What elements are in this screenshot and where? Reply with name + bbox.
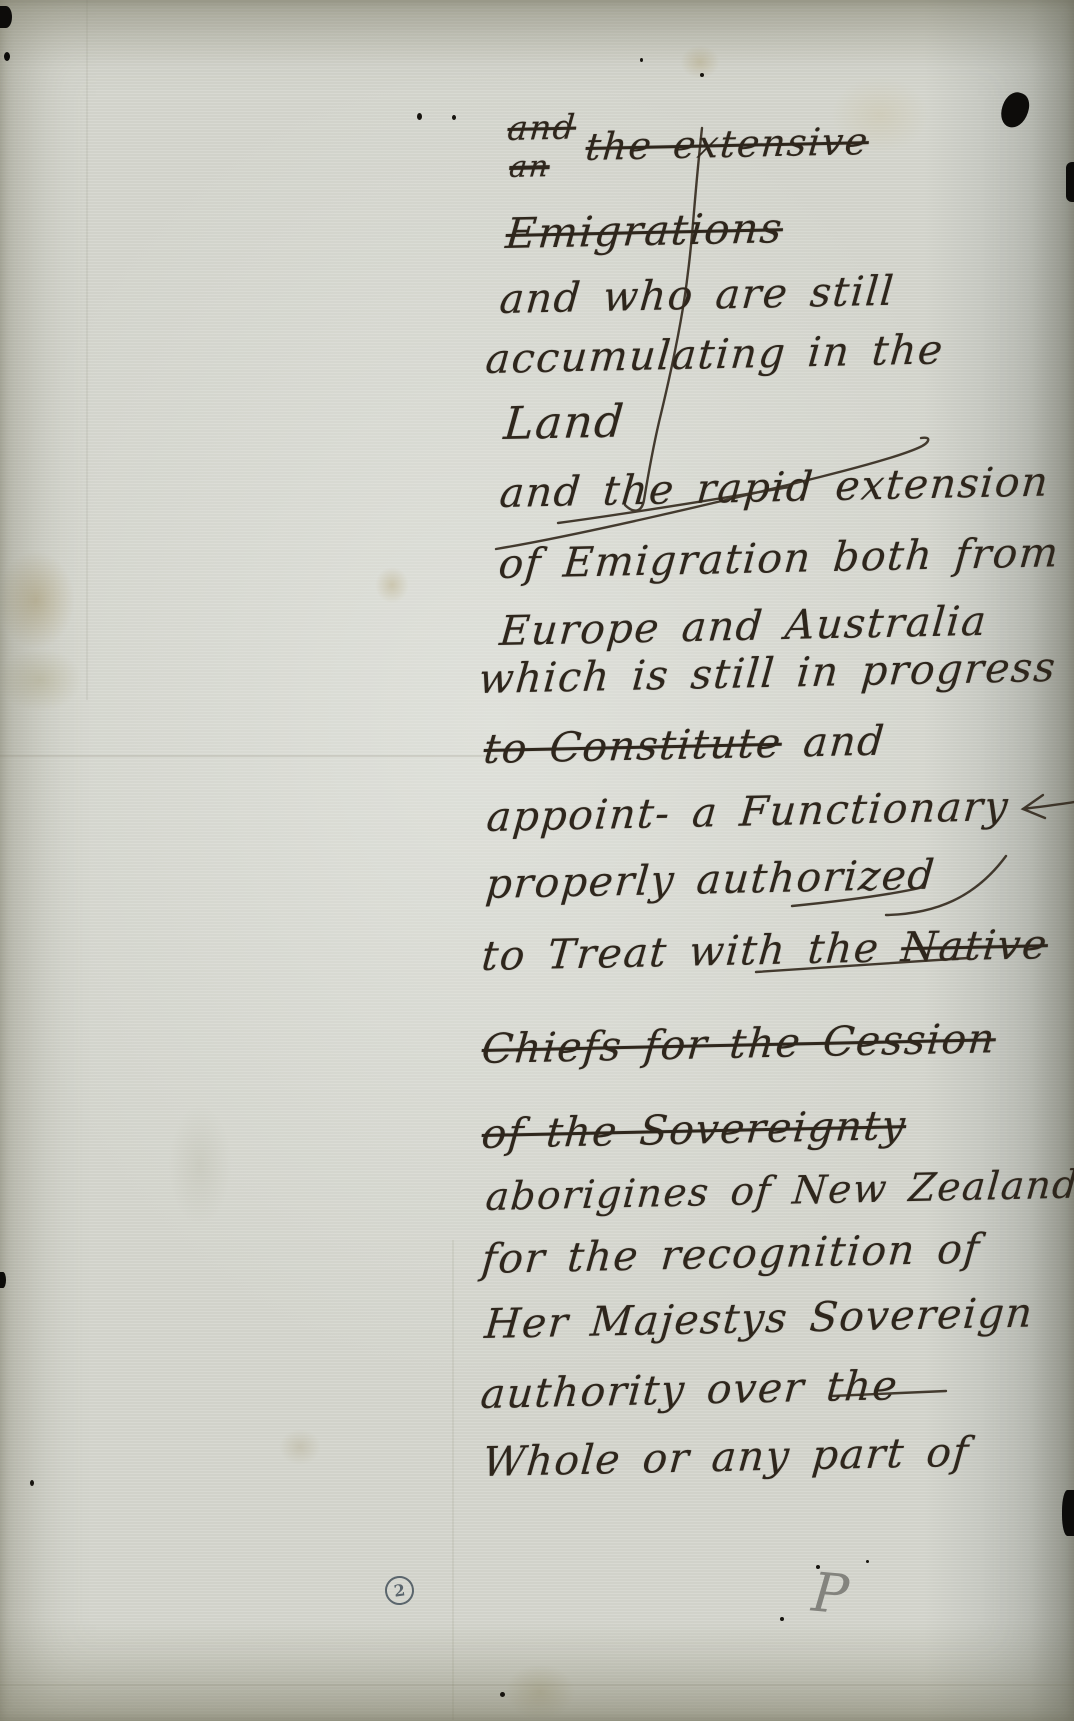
scan-speck <box>816 1565 820 1569</box>
manuscript-line: which is still in progress <box>477 646 1058 701</box>
manuscript-line: of Emigration both from <box>497 531 1061 586</box>
paper-crease <box>86 0 88 700</box>
scan-speck <box>452 115 456 120</box>
manuscript-line: Whole or any part of <box>481 1431 971 1484</box>
manuscript-line: accumulating in the <box>484 328 946 381</box>
manuscript-line: aborigines of New Zealand <box>484 1166 1074 1219</box>
ink-segment: to Constitute <box>482 719 784 773</box>
ink-segment: Her Majestys Sovereign <box>483 1289 1036 1348</box>
manuscript-line: to Constitute and <box>482 720 887 771</box>
scan-speck <box>866 1560 869 1563</box>
scan-artifact <box>1066 162 1074 202</box>
ink-segment: appoint- a Functionary <box>485 782 1011 841</box>
ink-segment: accumulating in the <box>484 325 946 383</box>
manuscript-line: and who are still <box>498 270 896 321</box>
manuscript-line: an <box>508 151 551 183</box>
scan-speck <box>780 1617 784 1621</box>
page-number-stamp: 2 <box>383 1574 416 1607</box>
ink-segment: and <box>506 108 578 149</box>
ink-segment: aborigines of New Zealand <box>484 1163 1074 1220</box>
manuscript-line: the extensive <box>584 122 870 168</box>
scan-artifact <box>0 6 12 28</box>
scan-speck <box>700 73 704 77</box>
ink-segment: and <box>780 717 887 767</box>
pencil-mark: P <box>809 1561 851 1627</box>
scan-speck <box>417 113 422 120</box>
ink-segment: Land <box>502 394 627 450</box>
ink-segment: Native <box>899 920 1050 971</box>
scan-artifact <box>0 1272 6 1288</box>
scan-speck <box>640 58 643 62</box>
ink-segment: Emigrations <box>504 203 785 258</box>
ink-segment: of the Sovereignty <box>480 1101 908 1158</box>
manuscript-line: Her Majestys Sovereign <box>483 1292 1035 1347</box>
manuscript-line: to Treat with the Native <box>480 923 1050 978</box>
manuscript-line: Land <box>502 397 627 447</box>
scan-artifact <box>997 89 1033 131</box>
manuscript-line: authority over the <box>479 1364 900 1416</box>
insertion-arrow <box>1023 795 1045 818</box>
ink-segment: properly authorized <box>484 851 938 908</box>
manuscript-line: and <box>506 111 578 148</box>
manuscript-page: and an the extensive Emigrations and who… <box>0 0 1074 1721</box>
ink-segment: for the recognition of <box>480 1225 983 1283</box>
ink-segment: of Emigration both from <box>497 528 1062 588</box>
ink-segment: the extensive <box>584 119 871 169</box>
ink-segment: and the rapid extension <box>498 458 1051 517</box>
scan-artifact <box>1062 1490 1074 1536</box>
manuscript-line: for the recognition of <box>480 1228 982 1281</box>
ink-segment: and who are still <box>498 267 897 323</box>
paper-crease <box>0 755 500 757</box>
paper-crease <box>0 1684 1074 1686</box>
manuscript-line: properly authorized <box>484 854 937 906</box>
insertion-arrow-shaft <box>1023 802 1074 809</box>
ink-segment: Chiefs for the Cession <box>480 1014 998 1073</box>
manuscript-line: and the rapid extension <box>498 461 1051 516</box>
ink-segment: authority over the <box>479 1361 901 1418</box>
ink-segment: to Treat with the <box>480 923 904 980</box>
paper-crease <box>452 1240 454 1720</box>
scan-speck <box>30 1480 34 1486</box>
manuscript-line: appoint- a Functionary <box>485 785 1011 839</box>
scan-speck <box>500 1692 505 1697</box>
manuscript-line: of the Sovereignty <box>480 1104 908 1156</box>
scan-artifact <box>4 52 10 61</box>
manuscript-line: Emigrations <box>504 206 785 256</box>
ink-segment: Whole or any part of <box>481 1428 972 1486</box>
ink-segment: an <box>508 149 551 185</box>
manuscript-line: Chiefs for the Cession <box>480 1017 998 1071</box>
